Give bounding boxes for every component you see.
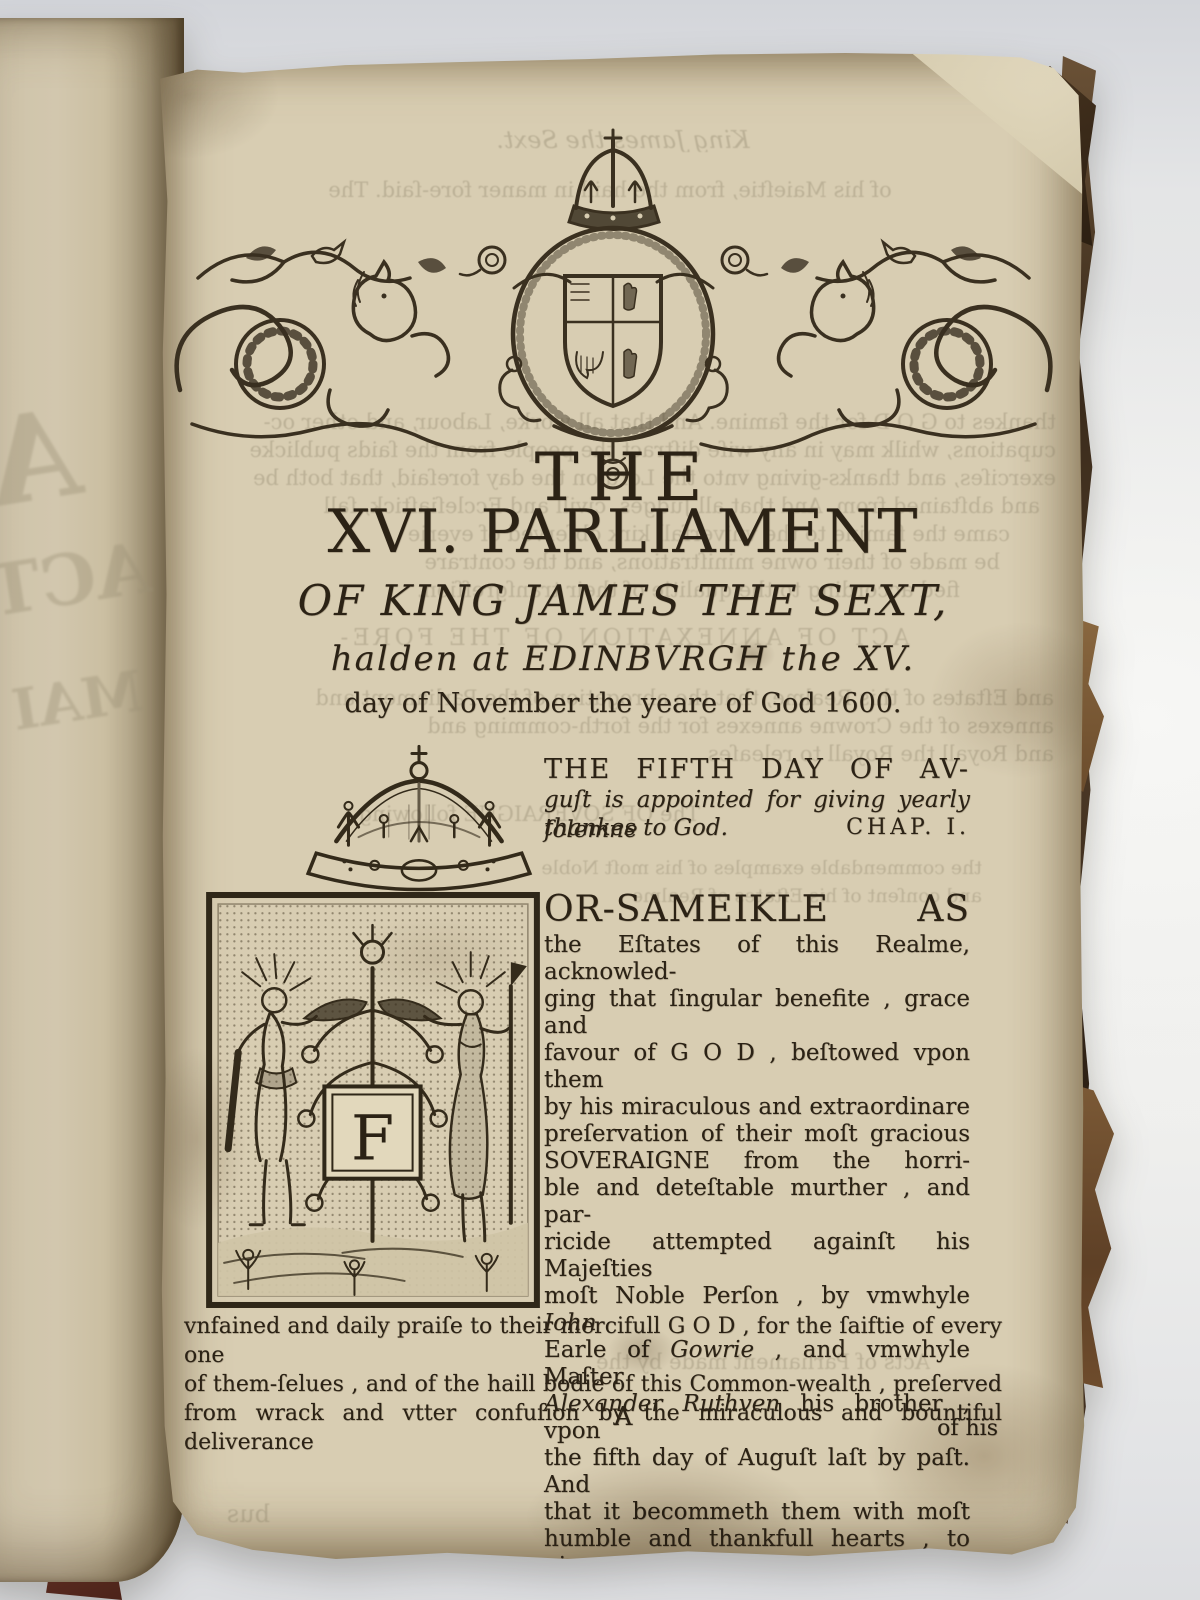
photo-of-open-antique-book: A ACT MAI King James the Sext. of his Ma… (0, 0, 1200, 1600)
body-line: vnfained and daily praiſe to their merci… (184, 1312, 1002, 1370)
body-text-column: OR-SAMEIKLE AS the Eſtates of this Realm… (544, 888, 970, 1580)
chapter-heading-line1: THE FIFTH DAY OF AV- (544, 755, 970, 785)
show-through-letter: A (0, 382, 90, 536)
title-halden-at-edinburgh: halden at EDINBVRGH the XV. (160, 642, 1086, 676)
show-through-letter: MAI (8, 658, 148, 744)
decorated-initial-woodcut: F (204, 890, 542, 1310)
body-line: ble and deteſtable murther , and par- (544, 1175, 970, 1229)
body-line: ging that ſingular benefite , grace and (544, 986, 970, 1040)
full-width-text-block: vnfained and daily praiſe to their merci… (184, 1312, 1002, 1457)
crown-woodcut (288, 740, 550, 900)
title-date-line: day of November the yeare of God 1600. (160, 690, 1086, 717)
chapter-heading-line3: thankes to God. CHAP. I. (544, 813, 970, 843)
body-line: by his miraculous and extraordinare (544, 1094, 970, 1121)
body-line: OR-SAMEIKLE AS (544, 888, 970, 932)
body-line: of them-ſelues , and of the haill bodie … (184, 1370, 1002, 1399)
chapter-heading-thankes: thankes to God. (544, 813, 728, 843)
show-through-line: the commendable examples of his moſt Nob… (542, 856, 982, 880)
body-line: humble and thankfull hearts , to giue (544, 1526, 970, 1580)
body-line: SOVERAIGNE from the horri- (544, 1148, 970, 1175)
chapter-number-label: CHAP. I. (846, 813, 970, 843)
show-through-letter: ACT (0, 526, 156, 633)
title-parliament: XVI. PARLIAMENT (160, 502, 1086, 562)
left-page-verso: A ACT MAI (0, 18, 184, 1582)
initial-letter: F (351, 1102, 394, 1175)
show-through-line: bus (190, 1502, 270, 1526)
body-line: favour of G O D , beſtowed vpon them (544, 1040, 970, 1094)
right-page-recto: King James the Sext. of his Maieſtie, fr… (160, 50, 1086, 1562)
book: A ACT MAI King James the Sext. of his Ma… (0, 0, 1200, 1600)
body-line: the Eſtates of this Realme, acknowled- (544, 932, 970, 986)
title-of-king-james: OF KING JAMES THE SEXT, (160, 580, 1086, 622)
catchword: of his (937, 1416, 998, 1441)
body-line: that it becommeth them with moſt (544, 1499, 970, 1526)
body-line: ricide attempted againſt his Majeſties (544, 1229, 970, 1283)
body-line: preſervation of their moſt gracious (544, 1121, 970, 1148)
